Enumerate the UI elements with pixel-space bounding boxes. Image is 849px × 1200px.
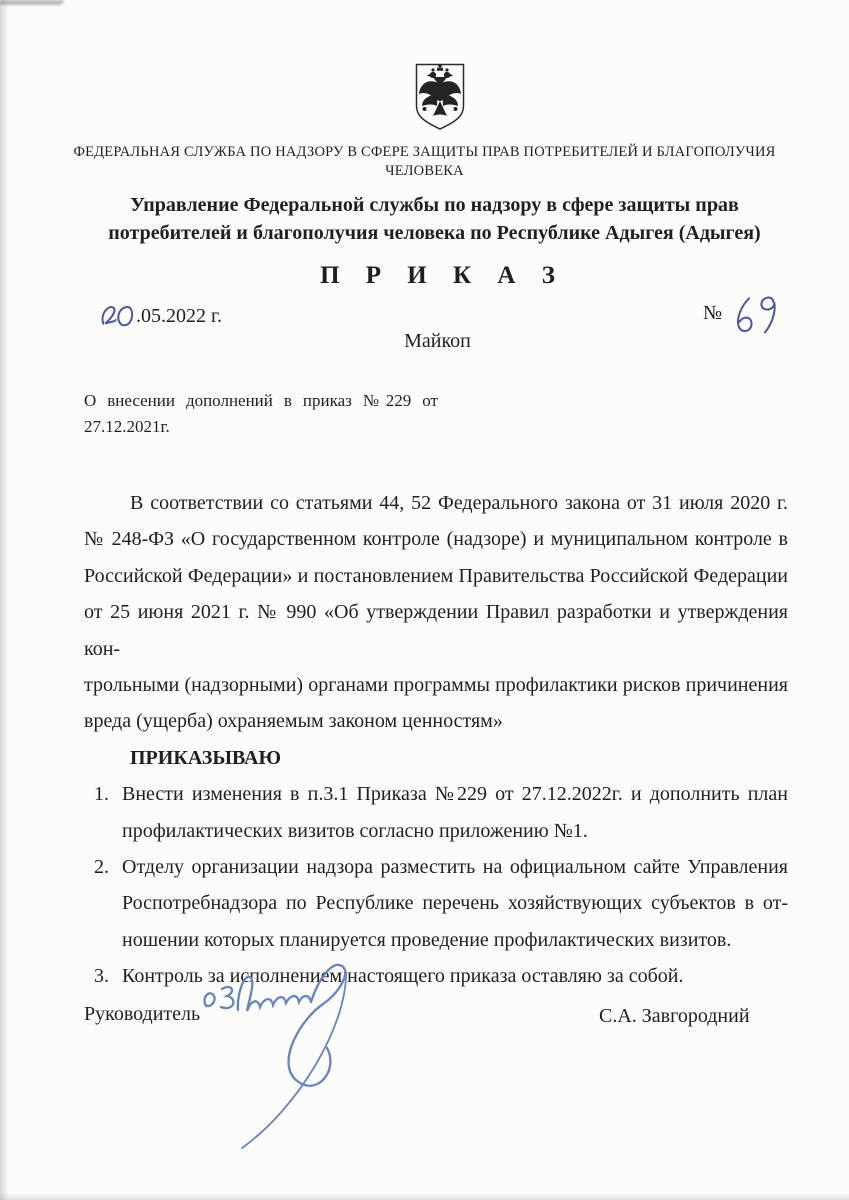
handwritten-order-number [730,295,782,335]
typed-date: .05.2022 г. [136,305,222,328]
scanned-order-document: ФЕДЕРАЛЬНАЯ СЛУЖБА ПО НАДЗОРУ В СФЕРЕ ЗА… [0,0,849,1200]
order-date: .05.2022 г. [99,301,222,328]
scan-artifact-bottom-edge [0,1193,849,1200]
federal-service-name: ФЕДЕРАЛЬНАЯ СЛУЖБА ПО НАДЗОРУ В СФЕРЕ ЗА… [30,143,819,181]
order-item-line: профилактических визитов согласно прилож… [122,813,788,849]
coat-of-arms-icon [414,62,466,132]
department-name-line1: Управление Федеральной службы по надзору… [60,192,809,220]
order-item-number: 3. [94,958,109,994]
scan-artifact-left-edge [0,0,9,1200]
body-paragraph-line: от 25 июня 2021 г. № 990 «Об утверждении… [84,594,788,667]
order-item-1: 1. Внести изменения в п.3.1 Приказа №229… [84,776,788,849]
resolution-word: ПРИКАЗЫВАЮ [130,740,788,776]
signer-name: С.А. Завгородний [599,1005,750,1028]
order-subject-line1: О внесении дополнений в приказ №229 от [84,388,438,414]
order-item-number: 1. [94,776,109,812]
body-paragraph-line: трольными (надзорными) органами программ… [84,667,788,703]
body-paragraph-line: № 248-ФЗ «О государственном контроле (на… [84,521,788,557]
scan-artifact-top [0,0,64,5]
body-paragraph-line: Российской Федерации» и постановлением П… [84,558,788,594]
body-paragraph-line: В соответствии со статьями 44, 52 Федера… [84,485,788,521]
order-subject-line2: 27.12.2021г. [84,414,438,440]
handwritten-signature [196,958,392,1158]
order-item-line: ношении которых планируется проведение п… [122,922,788,958]
federal-service-name-line1: ФЕДЕРАЛЬНАЯ СЛУЖБА ПО НАДЗОРУ В СФЕРЕ ЗА… [30,143,819,162]
city-name: Майкоп [85,330,790,353]
order-item-2: 2. Отделу организации надзора разместить… [84,849,788,958]
order-items: 1. Внести изменения в п.3.1 Приказа №229… [84,776,788,994]
handwritten-date-day [98,300,136,332]
document-title: П Р И К А З [85,262,790,290]
signer-position: Руководитель [84,1003,200,1026]
order-body: В соответствии со статьями 44, 52 Федера… [84,485,788,995]
order-subject: О внесении дополнений в приказ №229 от 2… [84,388,438,440]
order-item-line: Внести изменения в п.3.1 Приказа №229 от… [122,776,788,812]
federal-service-name-line2: ЧЕЛОВЕКА [30,162,819,181]
body-paragraph-line: вреда (ущерба) охраняемым законом ценнос… [84,703,788,739]
number-sign: № [703,302,722,325]
order-item-line: Отделу организации надзора разместить на… [122,849,788,885]
order-item-number: 2. [94,849,109,885]
order-item-line: Роспотребнадзора по Республике перечень … [122,885,788,921]
department-name-line2: потребителей и благополучия человека по … [60,220,809,248]
department-name: Управление Федеральной службы по надзору… [60,192,809,247]
order-item-3: 3. Контроль за исполнением настоящего пр… [84,958,788,994]
